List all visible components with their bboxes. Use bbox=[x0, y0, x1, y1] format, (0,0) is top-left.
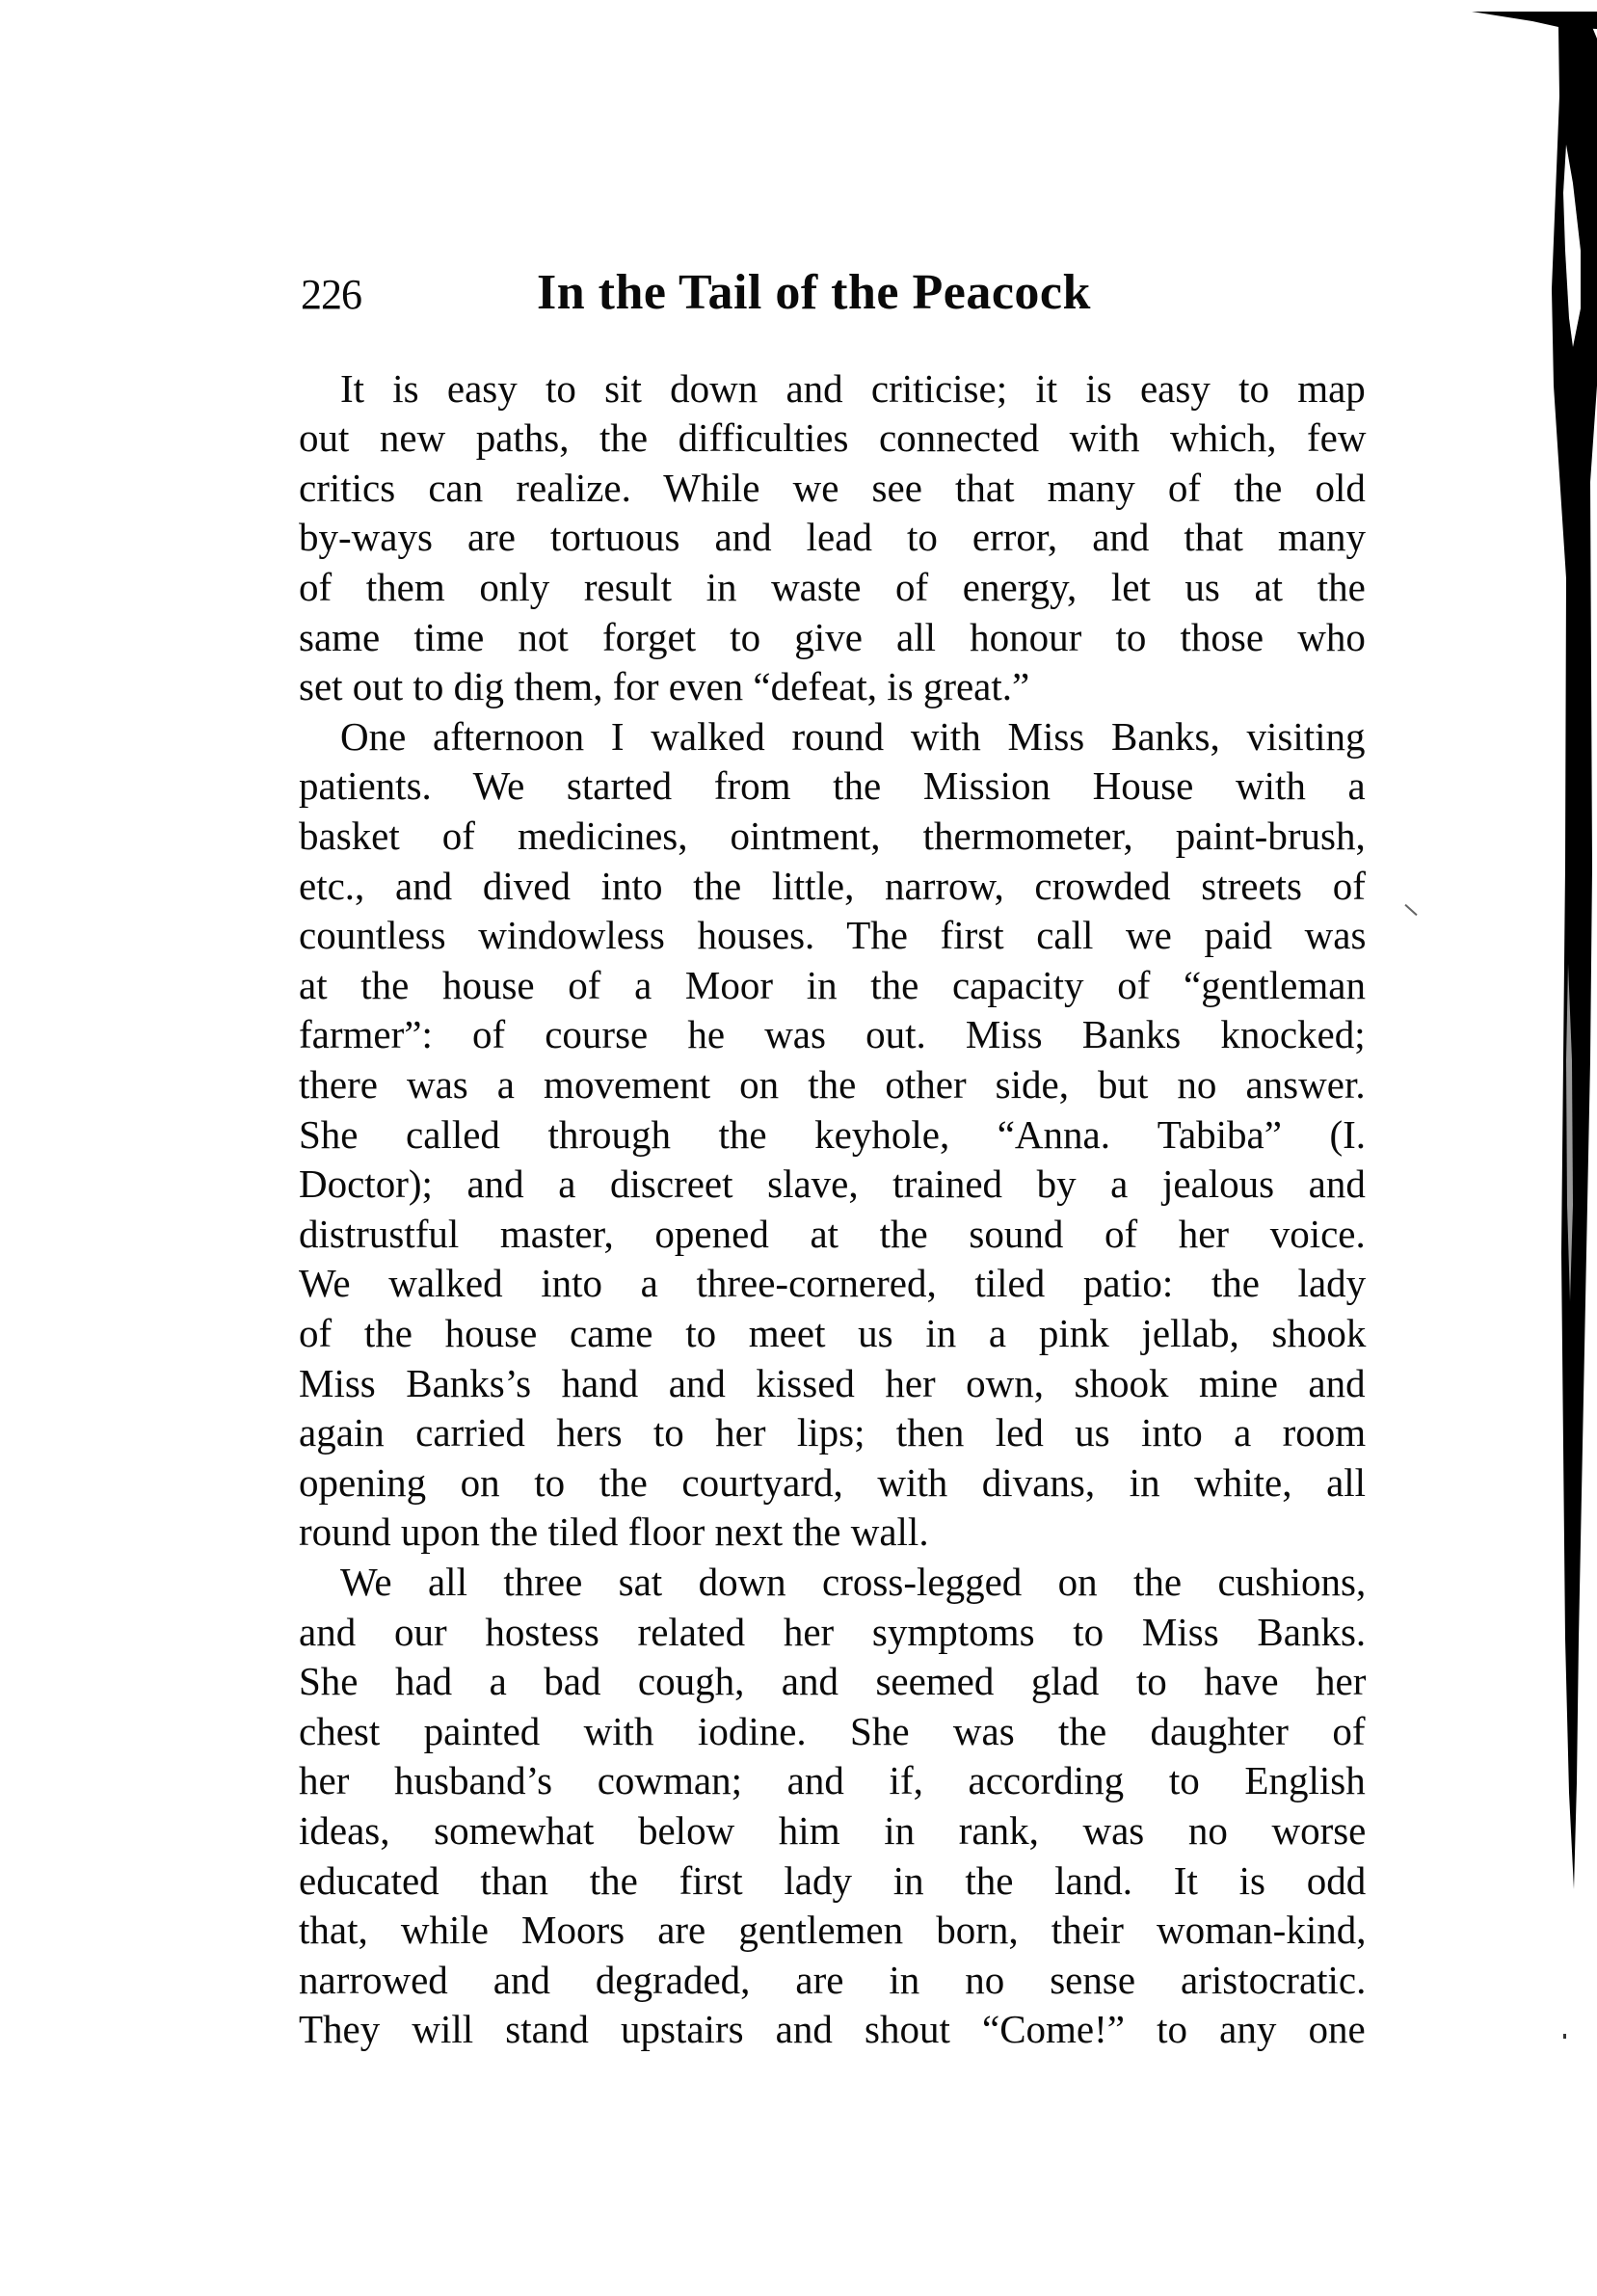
text-line: of them only result in waste of energy, … bbox=[299, 562, 1366, 612]
text-line: set out to dig them, for even “defeat, i… bbox=[299, 661, 1029, 711]
text-line: We all three sat down cross-legged on th… bbox=[340, 1557, 1366, 1607]
text-line: educated than the first lady in the land… bbox=[299, 1855, 1366, 1906]
text-line: narrowed and degraded, are in no sense a… bbox=[299, 1955, 1366, 2005]
text-line: etc., and dived into the little, narrow,… bbox=[299, 861, 1366, 911]
page-number: 226 bbox=[301, 274, 361, 316]
scan-artifact bbox=[1563, 2034, 1566, 2039]
running-title: In the Tail of the Peacock bbox=[537, 266, 1131, 320]
text-line: It is easy to sit down and criticise; it… bbox=[340, 363, 1366, 414]
text-line: her husband’s cowman; and if, according … bbox=[299, 1755, 1366, 1805]
scan-artifact bbox=[1404, 904, 1417, 916]
text-line: She had a bad cough, and seemed glad to … bbox=[299, 1656, 1366, 1706]
text-line: round upon the tiled floor next the wall… bbox=[299, 1507, 929, 1557]
text-line: opening on to the courtyard, with divans… bbox=[299, 1457, 1366, 1508]
text-line: of the house came to meet us in a pink j… bbox=[299, 1308, 1366, 1358]
text-line: out new paths, the difficulties connecte… bbox=[299, 413, 1366, 463]
text-line: there was a movement on the other side, … bbox=[299, 1059, 1366, 1109]
text-line: She called through the keyhole, “Anna. T… bbox=[299, 1109, 1366, 1160]
text-line: patients. We started from the Mission Ho… bbox=[299, 761, 1366, 811]
text-line: basket of medicines, ointment, thermomet… bbox=[299, 811, 1366, 861]
text-line: that, while Moors are gentlemen born, th… bbox=[299, 1905, 1366, 1955]
text-line: and our hostess related her symptoms to … bbox=[299, 1607, 1366, 1657]
text-line: same time not forget to give all honour … bbox=[299, 612, 1366, 662]
text-line: farmer”: of course he was out. Miss Bank… bbox=[299, 1009, 1366, 1059]
text-line: countless windowless houses. The first c… bbox=[299, 910, 1366, 960]
text-line: chest painted with iodine. She was the d… bbox=[299, 1706, 1366, 1756]
text-line: at the house of a Moor in the capacity o… bbox=[299, 960, 1366, 1010]
book-page: 226 In the Tail of the Peacock It is eas… bbox=[0, 0, 1597, 2296]
text-line: distrustful master, opened at the sound … bbox=[299, 1209, 1366, 1259]
text-line: by-ways are tortuous and lead to error, … bbox=[299, 512, 1366, 562]
text-line: We walked into a three-cornered, tiled p… bbox=[299, 1258, 1366, 1308]
text-line: Miss Banks’s hand and kissed her own, sh… bbox=[299, 1358, 1366, 1408]
text-line: again carried hers to her lips; then led… bbox=[299, 1407, 1366, 1457]
text-line: Doctor); and a discreet slave, trained b… bbox=[299, 1159, 1366, 1209]
text-line: One afternoon I walked round with Miss B… bbox=[340, 711, 1366, 761]
text-line: They will stand upstairs and shout “Come… bbox=[299, 2004, 1366, 2054]
text-line: critics can realize. While we see that m… bbox=[299, 463, 1366, 513]
text-line: ideas, somewhat below him in rank, was n… bbox=[299, 1805, 1366, 1855]
